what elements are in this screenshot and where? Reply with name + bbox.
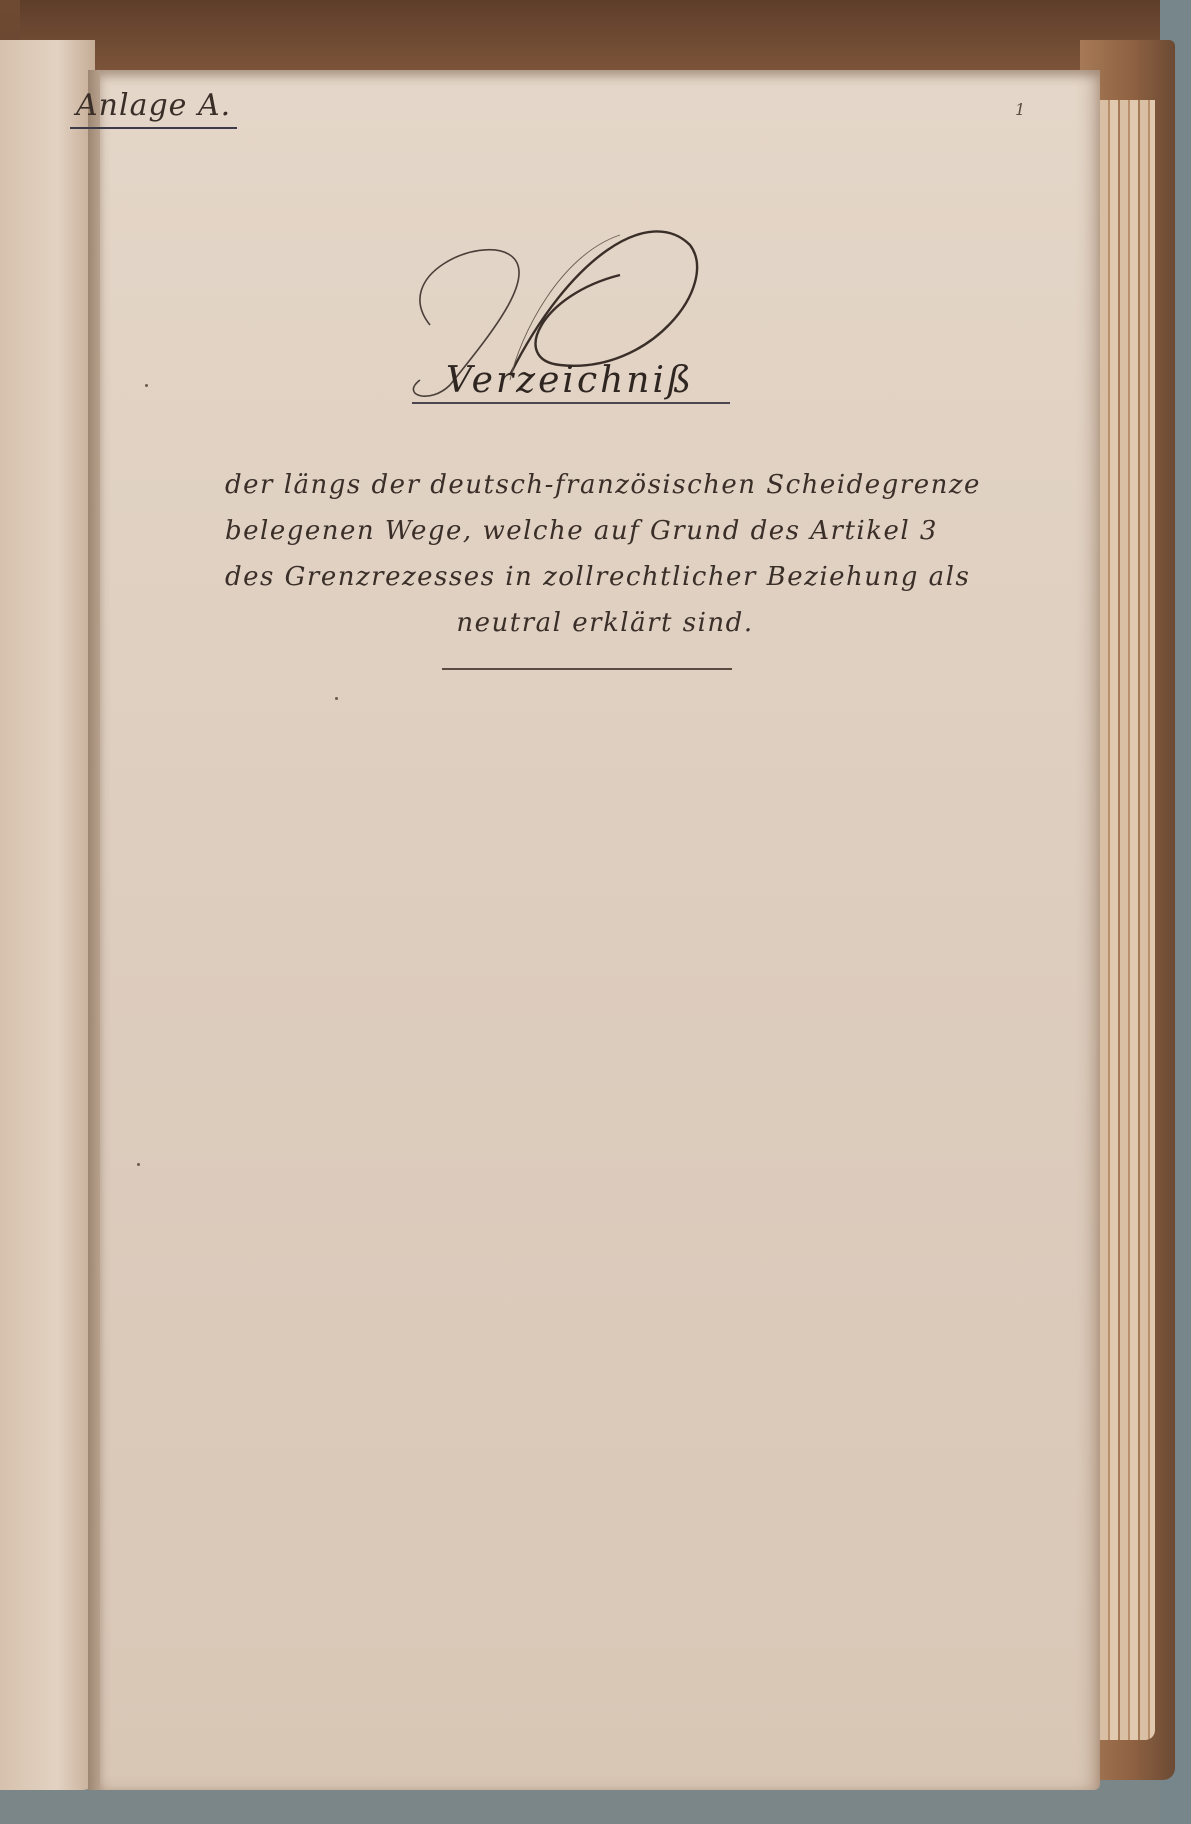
body-line: der längs der deutsch-französischen Sche… xyxy=(225,462,1075,508)
annex-label: Anlage A. xyxy=(70,88,237,129)
body-line: belegenen Wege, welche auf Grund des Art… xyxy=(225,508,1075,554)
paper-speck xyxy=(145,384,148,387)
document-body: der längs der deutsch-französischen Sche… xyxy=(225,462,1075,646)
closing-rule xyxy=(442,668,732,670)
paper-speck xyxy=(335,697,338,700)
body-line: des Grenzrezesses in zollrechtlicher Bez… xyxy=(225,554,1075,600)
left-page-edge xyxy=(0,40,95,1790)
title-underline xyxy=(412,402,730,404)
paper-speck xyxy=(137,1163,140,1166)
document-title: Verzeichniß xyxy=(410,360,730,401)
page-number: 1 xyxy=(1015,100,1025,119)
body-line: neutral erklärt sind. xyxy=(225,600,1075,646)
